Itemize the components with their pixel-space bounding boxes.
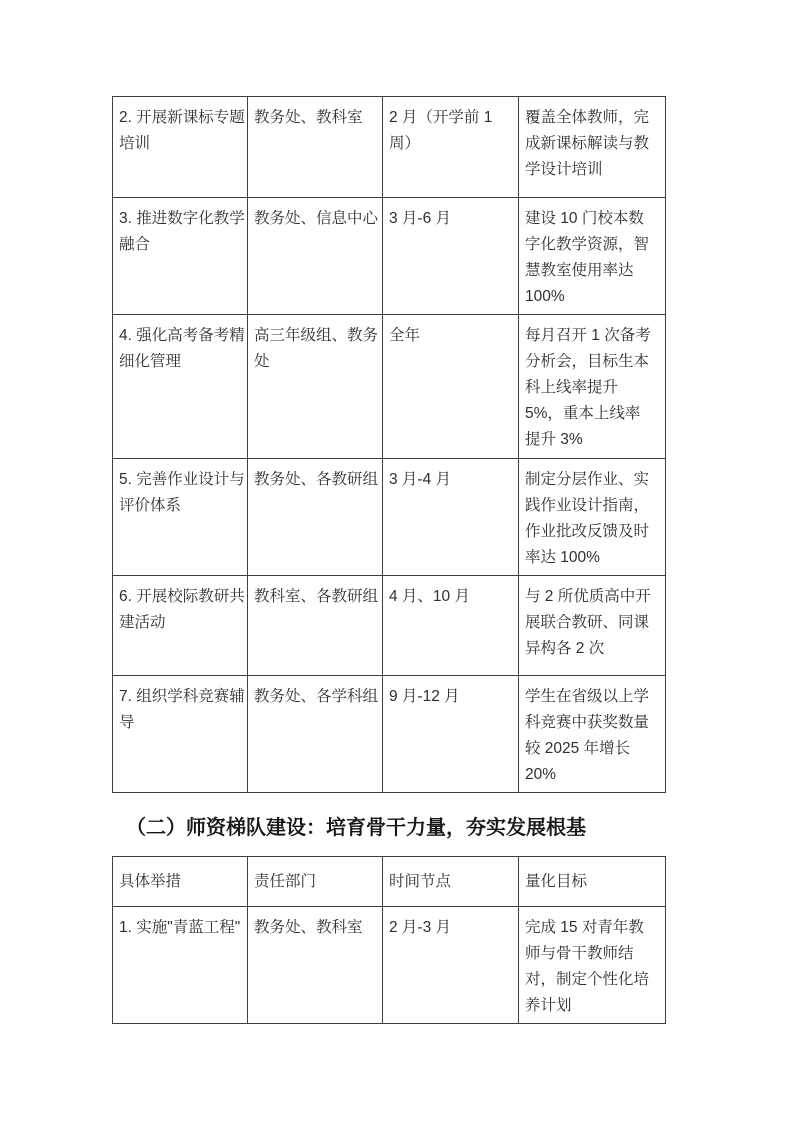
cell-measure: 1. 实施"青蓝工程" [113, 907, 248, 1024]
table-row: 2. 开展新课标专题培训 教务处、教科室 2 月（开学前 1 周） 覆盖全体教师… [113, 97, 666, 198]
cell-measure: 3. 推进数字化教学融合 [113, 198, 248, 315]
column-header-measure: 具体举措 [113, 857, 248, 907]
column-header-department: 责任部门 [248, 857, 383, 907]
cell-measure: 5. 完善作业设计与评价体系 [113, 459, 248, 576]
cell-department: 教务处、教科室 [248, 907, 383, 1024]
teacher-development-table: 具体举措 责任部门 时间节点 量化目标 1. 实施"青蓝工程" 教务处、教科室 … [112, 856, 666, 1024]
cell-target: 每月召开 1 次备考分析会，目标生本科上线率提升 5%，重本上线率提升 3% [519, 315, 666, 459]
section-heading: （二）师资梯队建设：培育骨干力量，夯实发展根基 [112, 813, 667, 843]
cell-timeline: 3 月-4 月 [383, 459, 519, 576]
cell-department: 教务处、信息中心 [248, 198, 383, 315]
cell-target: 建设 10 门校本数字化教学资源，智慧教室使用率达 100% [519, 198, 666, 315]
cell-department: 教科室、各教研组 [248, 576, 383, 676]
cell-timeline: 3 月-6 月 [383, 198, 519, 315]
cell-measure: 7. 组织学科竞赛辅导 [113, 676, 248, 793]
table-row: 1. 实施"青蓝工程" 教务处、教科室 2 月-3 月 完成 15 对青年教师与… [113, 907, 666, 1024]
column-header-timeline: 时间节点 [383, 857, 519, 907]
work-plan-table-continued: 2. 开展新课标专题培训 教务处、教科室 2 月（开学前 1 周） 覆盖全体教师… [112, 96, 666, 793]
cell-target: 覆盖全体教师，完成新课标解读与教学设计培训 [519, 97, 666, 198]
cell-timeline: 9 月-12 月 [383, 676, 519, 793]
cell-target: 制定分层作业、实践作业设计指南，作业批改反馈及时率达 100% [519, 459, 666, 576]
cell-timeline: 2 月-3 月 [383, 907, 519, 1024]
cell-department: 高三年级组、教务处 [248, 315, 383, 459]
cell-measure: 4. 强化高考备考精细化管理 [113, 315, 248, 459]
cell-department: 教务处、教科室 [248, 97, 383, 198]
cell-timeline: 4 月、10 月 [383, 576, 519, 676]
cell-measure: 6. 开展校际教研共建活动 [113, 576, 248, 676]
table-row: 5. 完善作业设计与评价体系 教务处、各教研组 3 月-4 月 制定分层作业、实… [113, 459, 666, 576]
table-header-row: 具体举措 责任部门 时间节点 量化目标 [113, 857, 666, 907]
table-row: 7. 组织学科竞赛辅导 教务处、各学科组 9 月-12 月 学生在省级以上学科竞… [113, 676, 666, 793]
cell-timeline: 全年 [383, 315, 519, 459]
cell-target: 完成 15 对青年教师与骨干教师结对，制定个性化培养计划 [519, 907, 666, 1024]
column-header-target: 量化目标 [519, 857, 666, 907]
cell-target: 与 2 所优质高中开展联合教研、同课异构各 2 次 [519, 576, 666, 676]
cell-department: 教务处、各教研组 [248, 459, 383, 576]
cell-department: 教务处、各学科组 [248, 676, 383, 793]
cell-target: 学生在省级以上学科竞赛中获奖数量较 2025 年增长 20% [519, 676, 666, 793]
table-row: 4. 强化高考备考精细化管理 高三年级组、教务处 全年 每月召开 1 次备考分析… [113, 315, 666, 459]
table-row: 6. 开展校际教研共建活动 教科室、各教研组 4 月、10 月 与 2 所优质高… [113, 576, 666, 676]
cell-measure: 2. 开展新课标专题培训 [113, 97, 248, 198]
cell-timeline: 2 月（开学前 1 周） [383, 97, 519, 198]
table-row: 3. 推进数字化教学融合 教务处、信息中心 3 月-6 月 建设 10 门校本数… [113, 198, 666, 315]
document-page: 2. 开展新课标专题培训 教务处、教科室 2 月（开学前 1 周） 覆盖全体教师… [112, 96, 667, 1024]
